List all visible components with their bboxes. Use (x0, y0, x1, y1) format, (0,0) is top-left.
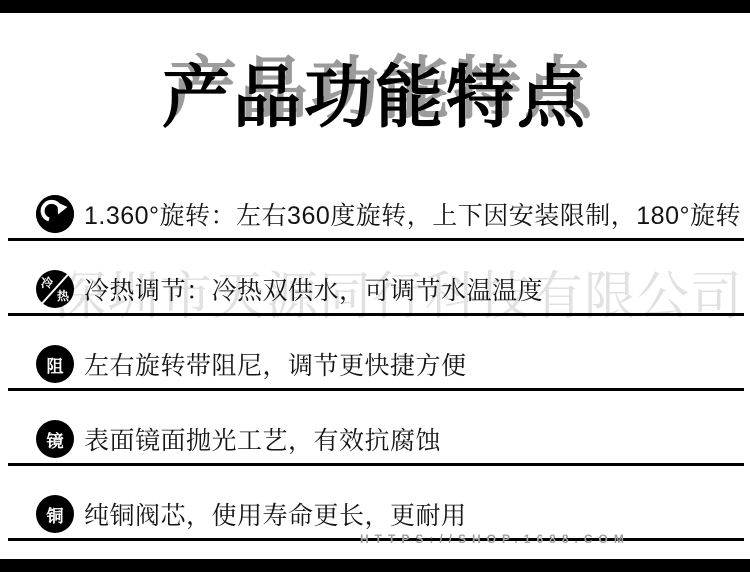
feature-text: 表面镜面抛光工艺，有效抗腐蚀 (84, 424, 441, 458)
feature-text: 纯铜阀芯，使用寿命更长，更耐用 (84, 499, 467, 533)
cold-label: 冷 (41, 274, 53, 291)
damping-icon: 阻 (36, 345, 74, 383)
top-divider-bar (0, 0, 750, 13)
feature-row-mirror: 镜 表面镜面抛光工艺，有效抗腐蚀 (8, 391, 744, 466)
page-title: 产品功能特点 (0, 44, 750, 141)
product-feature-banner: 产品功能特点 深圳市天源同行科技有限公司 1.360°旋转：左右360度旋转，上… (0, 0, 750, 572)
feature-row-rotation: 1.360°旋转：左右360度旋转，上下因安装限制，180°旋转 (8, 166, 744, 241)
feature-row-cold-hot: 冷 热 冷热调节：冷热双供水，可调节水温温度 (8, 241, 744, 316)
damping-icon-label: 阻 (36, 345, 74, 383)
bottom-divider-bar (0, 559, 750, 572)
feature-text: 1.360°旋转：左右360度旋转，上下因安装限制，180°旋转 (84, 199, 741, 233)
shop-url-watermark: HTTPS://SHOP.1688.COM (360, 532, 630, 546)
feature-row-damping: 阻 左右旋转带阻尼，调节更快捷方便 (8, 316, 744, 391)
mirror-icon-label: 镜 (36, 420, 74, 458)
rotate-360-icon (36, 195, 74, 233)
mirror-polish-icon: 镜 (36, 420, 74, 458)
copper-icon-label: 铜 (36, 495, 74, 533)
cold-hot-icon: 冷 热 (36, 270, 74, 308)
feature-text: 左右旋转带阻尼，调节更快捷方便 (84, 349, 467, 383)
feature-text: 冷热调节：冷热双供水，可调节水温温度 (84, 274, 543, 308)
copper-core-icon: 铜 (36, 495, 74, 533)
feature-row-copper: 铜 纯铜阀芯，使用寿命更长，更耐用 (8, 466, 744, 541)
hot-label: 热 (57, 287, 69, 304)
feature-list: 1.360°旋转：左右360度旋转，上下因安装限制，180°旋转 冷 热 冷热调… (8, 166, 744, 541)
